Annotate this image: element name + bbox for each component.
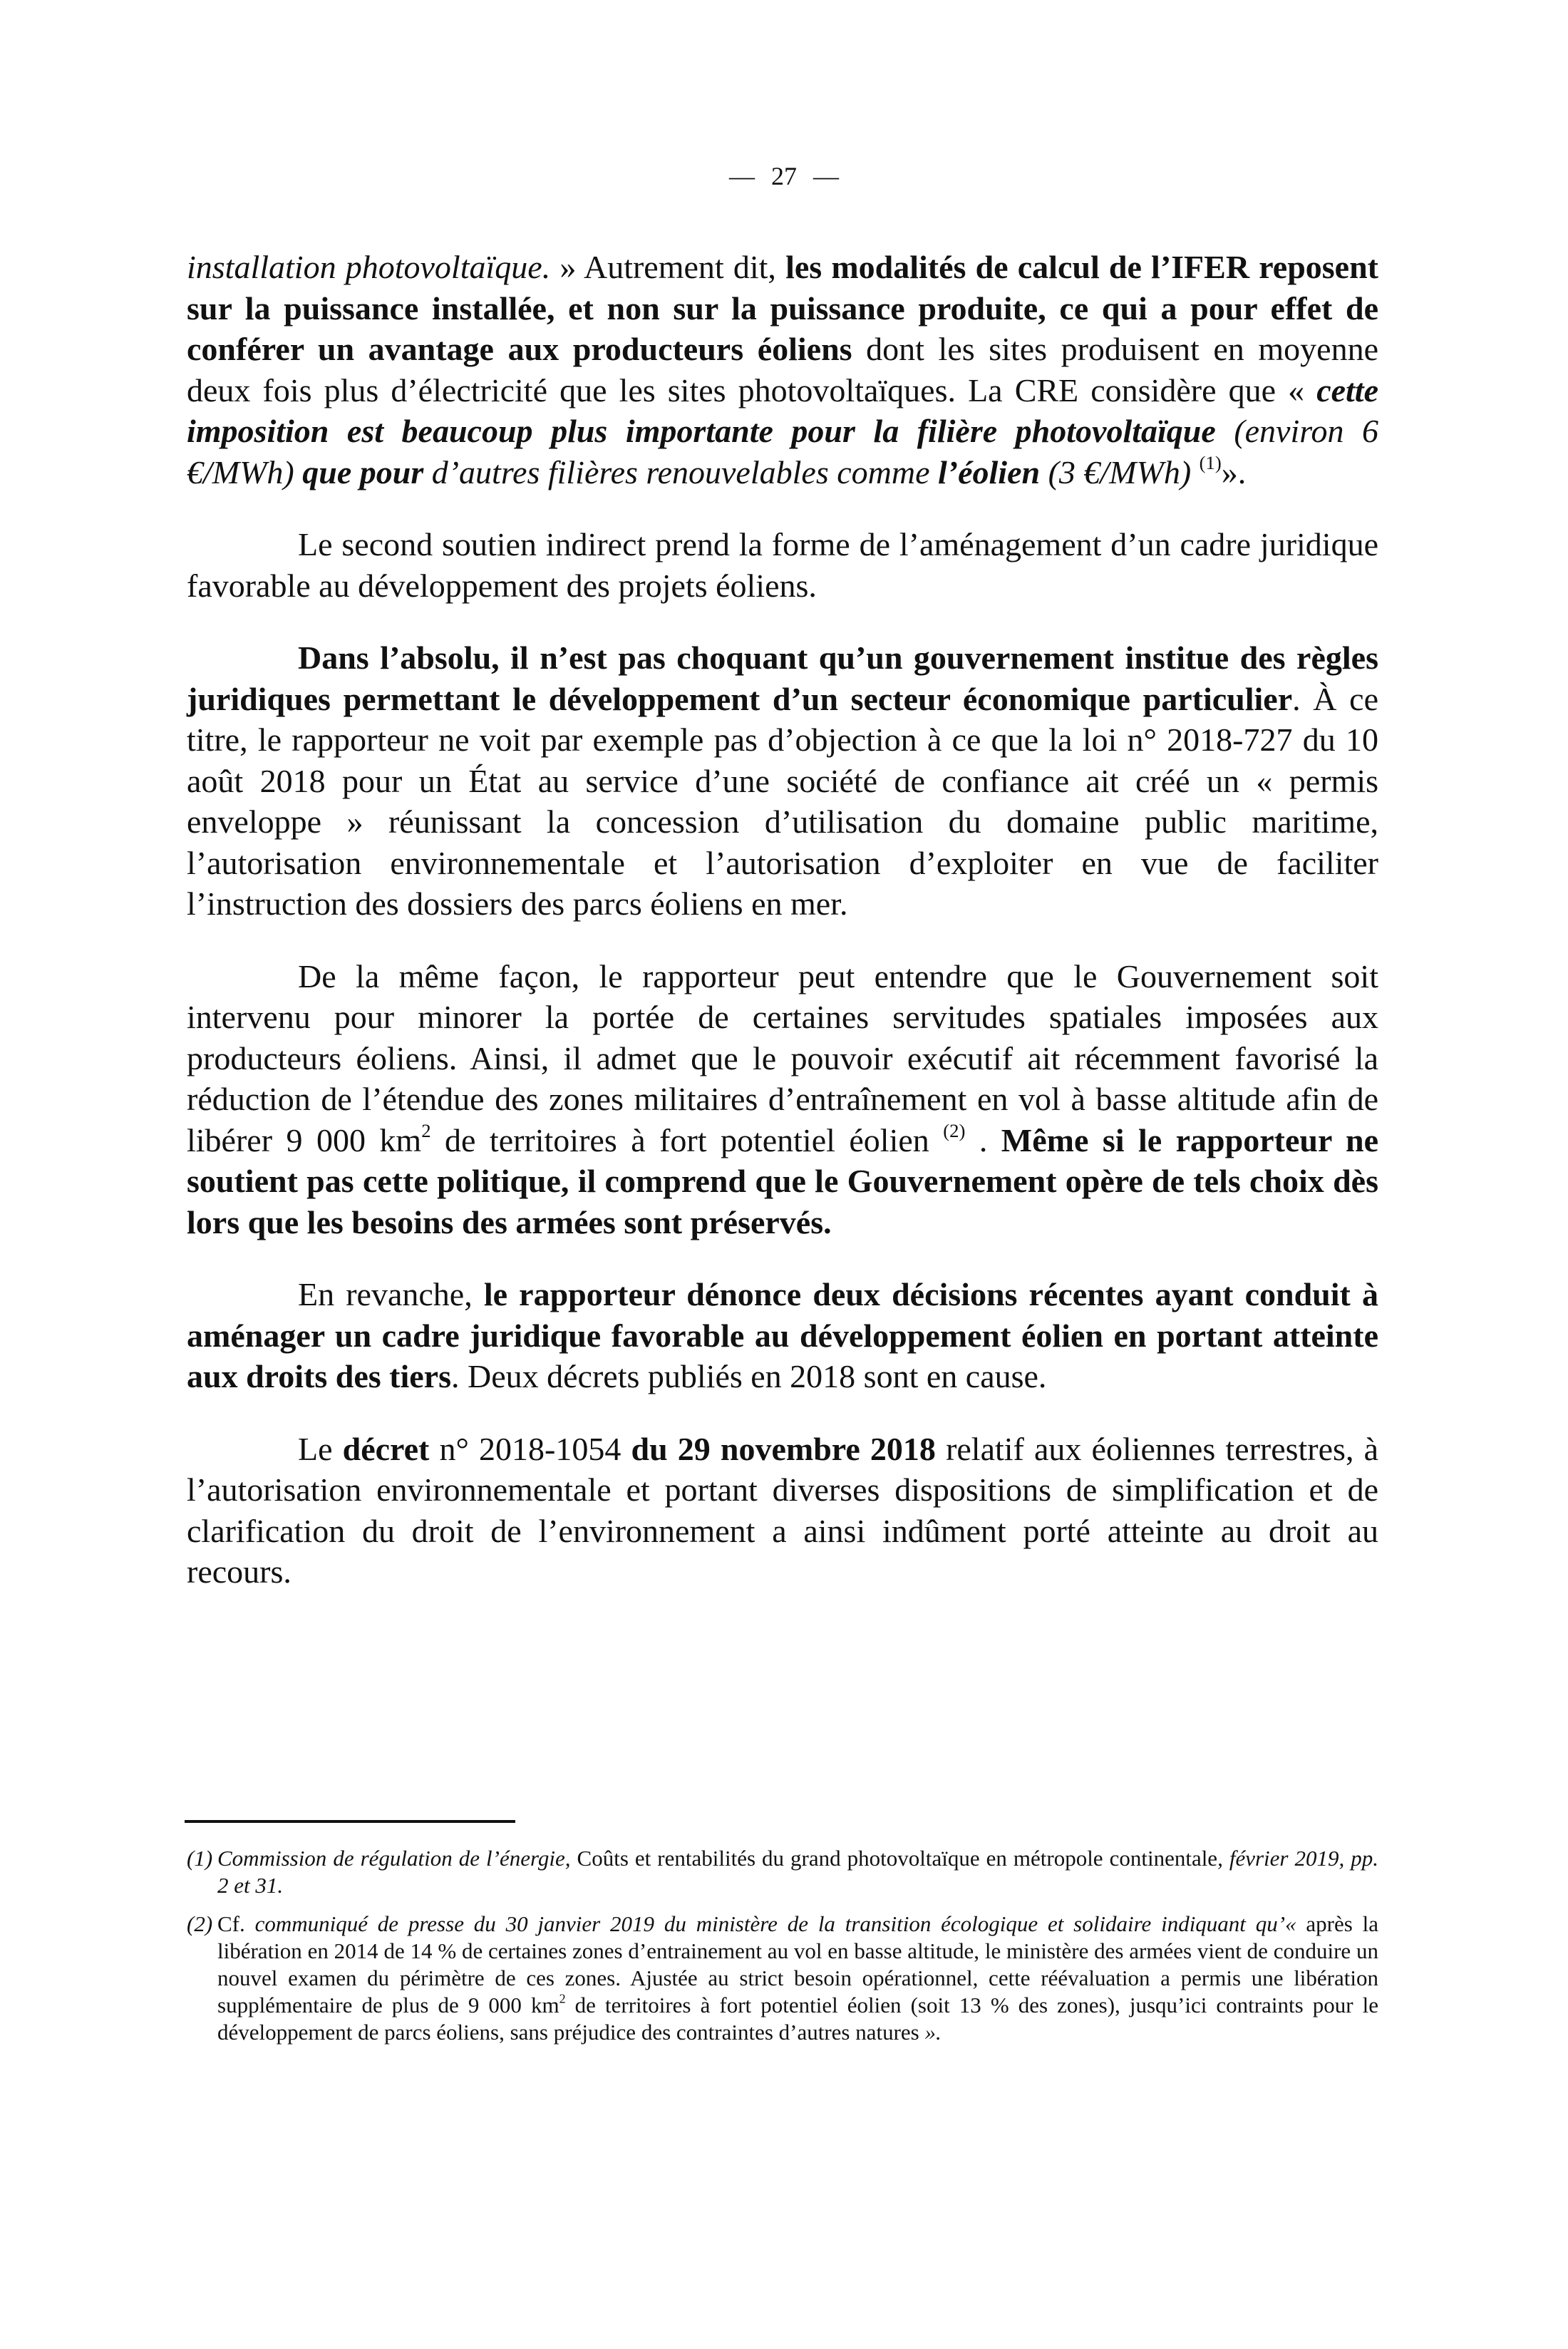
- text-italic: communiqué de presse du 30 janvier 2019 …: [255, 1911, 1296, 1936]
- footnote-ref-1[interactable]: (1): [1200, 452, 1222, 473]
- text-run: . Deux décrets publiés en 2018 sont en c…: [451, 1358, 1046, 1394]
- superscript-squared: 2: [559, 1992, 566, 2006]
- footnote-2: (2) Cf. communiqué de presse du 30 janvi…: [187, 1911, 1378, 2046]
- text-bold: décret: [343, 1431, 430, 1467]
- text-italic: Commission de régulation de l’énergie,: [217, 1846, 571, 1871]
- paragraph-legal-rules: Dans l’absolu, il n’est pas choquant qu’…: [187, 637, 1378, 925]
- paragraph-two-decisions: En revanche, le rapporteur dénonce deux …: [187, 1274, 1378, 1397]
- text-italic: (3 €/MWh): [1040, 454, 1200, 490]
- text-run: ».: [1222, 454, 1247, 490]
- text-bold-italic: l’éolien: [938, 454, 1040, 490]
- text-bold: du 29 novembre 2018: [631, 1431, 935, 1467]
- footnotes: (1) Commission de régulation de l’énergi…: [187, 1845, 1378, 2046]
- footnote-1: (1) Commission de régulation de l’énergi…: [187, 1845, 1378, 1899]
- text-run: » Autrement dit,: [550, 249, 785, 285]
- paragraph-second-support: Le second soutien indirect prend la form…: [187, 524, 1378, 606]
- text-run: de territoires à fort potentiel éolien: [431, 1122, 944, 1158]
- text-run: Cf.: [217, 1911, 255, 1936]
- text-run: Le: [298, 1431, 343, 1467]
- text-bold-italic: que pour: [302, 454, 423, 490]
- text-run: .: [965, 1122, 1001, 1158]
- text-bold: Dans l’absolu, il n’est pas choquant qu’…: [187, 639, 1378, 717]
- footnote-text: Cf. communiqué de presse du 30 janvier 2…: [217, 1911, 1378, 2046]
- text-run: En revanche,: [298, 1276, 484, 1312]
- paragraph-decree: Le décret n° 2018-1054 du 29 novembre 20…: [187, 1429, 1378, 1593]
- text-run: Coûts et rentabilités du grand photovolt…: [571, 1846, 1218, 1871]
- text-italic: ».: [925, 2020, 942, 2045]
- page-number: — 27 —: [0, 158, 1568, 194]
- text-italic: installation photovoltaïque.: [187, 249, 550, 285]
- footnote-number: (1): [187, 1845, 217, 1899]
- paragraph-military-zones: De la même façon, le rapporteur peut ent…: [187, 956, 1378, 1243]
- body-text: installation photovoltaïque. » Autrement…: [187, 247, 1378, 1593]
- footnote-text: Commission de régulation de l’énergie, C…: [217, 1845, 1378, 1899]
- text-italic: d’autres filières renouvelables comme: [423, 454, 938, 490]
- footnote-ref-2[interactable]: (2): [943, 1120, 965, 1141]
- superscript-squared: 2: [421, 1120, 430, 1141]
- footnote-separator: [185, 1820, 515, 1823]
- footnote-number: (2): [187, 1911, 217, 2046]
- text-run: n° 2018-1054: [429, 1431, 631, 1467]
- paragraph-ifer: installation photovoltaïque. » Autrement…: [187, 247, 1378, 493]
